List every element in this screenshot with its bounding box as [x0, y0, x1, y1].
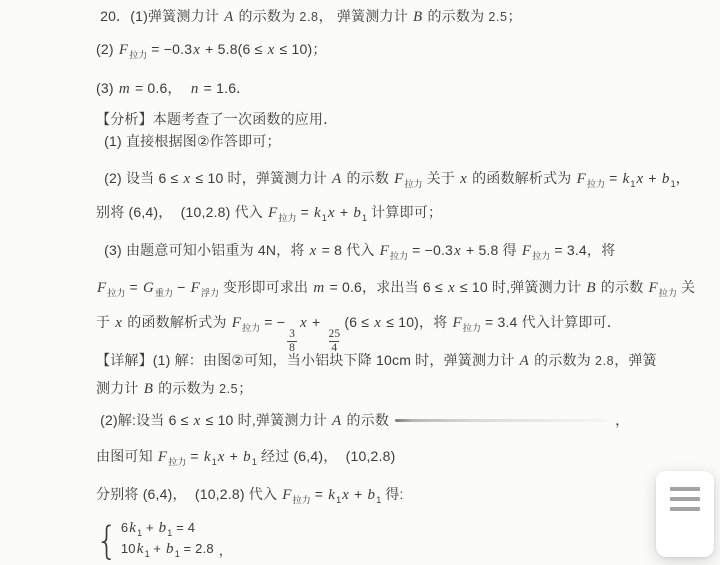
text-segment: −: [173, 279, 190, 295]
math-variable: b: [661, 171, 671, 187]
text-segment: = −: [260, 314, 285, 330]
text-segment: 关于: [423, 170, 460, 186]
math-variable: x: [193, 413, 202, 429]
analysis-step1: (1) 直接根据图②作答即可；: [96, 133, 710, 149]
analysis-step3-line3: 于 x 的函数解析式为 F拉力 = −38x + 254(6 ≤ x ≤ 10)…: [96, 305, 710, 339]
math-subscript: 拉力: [168, 457, 186, 467]
answer-part2: (2) F拉力 = −0.3x + 5.8(6 ≤ x ≤ 10)；: [96, 41, 710, 57]
text-segment: = 0.6，: [131, 80, 190, 96]
document-page: 20．(1)弹簧测力计 A 的示数为 2.8， 弹簧测力计 B 的示数为 2.5…: [96, 8, 710, 560]
detail-step1-line1: 【详解】(1) 解：由图②可知，当小铝块下降 10cm 时，弹簧测力计 A 的示…: [96, 352, 710, 368]
text-segment: 经过 (6,4)， (10,2.8): [257, 448, 396, 464]
text-segment: + 5.8(6 ≤: [201, 41, 267, 57]
text-segment: = 2.8: [180, 541, 214, 556]
text-segment: (3): [96, 80, 118, 96]
math-subscript: 拉力: [107, 288, 125, 298]
math-variable: x: [447, 280, 456, 296]
text-segment: 的示数为: [154, 380, 219, 396]
text-segment: 的函数解析式为: [468, 170, 576, 186]
text-segment: 的示数: [597, 279, 648, 295]
math-variable: x: [114, 315, 123, 331]
math-number: 2.5: [488, 10, 507, 24]
text-segment: =: [296, 204, 313, 220]
text-segment: 变形即可求出: [219, 279, 312, 295]
equation-rows: 6k1 + b1 = 410k1 + b1 = 2.8: [121, 520, 214, 562]
text-segment: = 3.4，将: [550, 242, 615, 258]
redacted-smudge: [395, 419, 607, 422]
analysis-step3-line1: (3) 由题意可知小铝重为 4N，将 x = 8 代入 F拉力 = −0.3x …: [96, 242, 710, 258]
text-segment: +: [226, 448, 243, 464]
math-variable: B: [412, 9, 423, 25]
text-segment: = 0.6，求出当 6 ≤: [325, 279, 447, 295]
text-segment: = −0.3: [147, 41, 192, 57]
math-subscript: 拉力: [405, 179, 423, 189]
analysis-header: 【分析】本题考查了一次函数的应用．: [96, 111, 710, 127]
math-variable: A: [223, 9, 234, 25]
math-variable: A: [331, 171, 342, 187]
text-segment: = 4: [172, 520, 195, 535]
text-segment: 分别将 (6,4)， (10,2.8) 代入: [96, 486, 281, 502]
text-segment: +: [644, 170, 661, 186]
text-segment: 计算即可；: [367, 204, 442, 220]
math-variable: k: [203, 449, 212, 465]
text-segment: 的示数: [342, 412, 389, 428]
math-variable: A: [519, 353, 530, 369]
text-segment: (2): [96, 41, 118, 57]
text-segment: + 5.8 得: [462, 242, 521, 258]
equation-row: 6k1 + b1 = 4: [121, 520, 214, 541]
text-segment: 10: [121, 541, 136, 556]
answer-part3: (3) m = 0.6， n = 1.6．: [96, 80, 710, 96]
text-segment: = 3.4 代入计算即可．: [481, 314, 621, 330]
analysis-step2-line1: (2) 设当 6 ≤ x ≤ 10 时，弹簧测力计 A 的示数 F拉力 关于 x…: [96, 170, 710, 186]
math-subscript: 拉力: [242, 323, 260, 333]
math-variable: b: [242, 449, 252, 465]
detail-step2-line1: (2)解:设当 6 ≤ x ≤ 10 时,弹簧测力计 A 的示数 ，: [96, 412, 710, 428]
math-variable: m: [118, 81, 131, 97]
quick-menu-button[interactable]: [656, 471, 714, 557]
detail-step1-line2: 测力计 B 的示数为 2.5；: [96, 380, 710, 396]
math-variable: x: [309, 243, 318, 259]
math-variable: x: [327, 205, 336, 221]
equation-system: {6k1 + b1 = 410k1 + b1 = 2.8，: [96, 522, 710, 560]
math-variable: x: [635, 171, 644, 187]
math-variable: x: [299, 315, 308, 331]
text-segment: (3) 由题意可知小铝重为 4N，将: [96, 242, 309, 258]
fraction: 254: [326, 328, 342, 354]
math-variable: n: [190, 81, 200, 97]
text-segment: ≤ 10)；: [275, 41, 326, 57]
math-variable: m: [312, 280, 325, 296]
math-variable: F: [231, 315, 242, 331]
math-subscript: 拉力: [587, 179, 605, 189]
text-segment: +: [336, 204, 353, 220]
text-segment: 的示数为: [234, 8, 299, 24]
math-variable: A: [331, 413, 342, 429]
math-subscript: 重力: [155, 288, 173, 298]
math-variable: B: [143, 381, 154, 397]
text-segment: ≤ 10 时,弹簧测力计: [456, 279, 586, 295]
text-segment: = 1.6．: [200, 80, 251, 96]
detail-step2-line2: 由图可知 F拉力 = k1x + b1 经过 (6,4)， (10,2.8): [96, 448, 710, 464]
analysis-step3-line2: F拉力 = G重力 − F浮力 变形即可求出 m = 0.6，求出当 6 ≤ x…: [96, 279, 710, 295]
math-variable: F: [393, 171, 404, 187]
text-segment: ， 弹簧测力计: [319, 8, 412, 24]
text-segment: 关: [677, 279, 695, 295]
math-variable: F: [281, 487, 292, 503]
math-variable: b: [165, 541, 175, 557]
text-segment: (1) 直接根据图②作答即可；: [96, 133, 281, 149]
math-variable: F: [648, 280, 659, 296]
math-variable: k: [128, 520, 137, 536]
math-variable: F: [118, 42, 129, 58]
text-segment: 于: [96, 314, 114, 330]
text-segment: =: [311, 486, 328, 502]
math-variable: x: [453, 243, 462, 259]
fraction: 38: [287, 328, 297, 354]
math-subscript: 拉力: [390, 251, 408, 261]
text-segment: = −0.3: [408, 242, 453, 258]
text-segment: 别将 (6,4)， (10,2.8) 代入: [96, 204, 267, 220]
text-segment: 的示数为: [423, 8, 488, 24]
math-variable: k: [327, 487, 336, 503]
text-segment: = 8 代入: [318, 242, 379, 258]
answer-part1: 20．(1)弹簧测力计 A 的示数为 2.8， 弹簧测力计 B 的示数为 2.5…: [96, 8, 710, 24]
text-segment: ，弹簧: [614, 352, 657, 368]
text-segment: =: [186, 448, 203, 464]
math-subscript: 拉力: [278, 213, 296, 223]
math-variable: b: [158, 520, 168, 536]
text-segment: 测力计: [96, 380, 143, 396]
text-segment: +: [150, 541, 165, 556]
text-segment: 【分析】本题考查了一次函数的应用．: [96, 111, 337, 127]
math-variable: F: [452, 315, 463, 331]
detail-step2-line3: 分别将 (6,4)， (10,2.8) 代入 F拉力 = k1x + b1 得:: [96, 486, 710, 502]
math-variable: b: [367, 487, 377, 503]
text-segment: 得:: [381, 486, 403, 502]
math-subscript: 1: [212, 457, 217, 467]
math-variable: k: [313, 205, 322, 221]
text-segment: 的示数: [342, 170, 393, 186]
text-segment: 由图可知: [96, 448, 157, 464]
text-segment: ，: [611, 412, 629, 428]
system-brace: {: [96, 532, 118, 550]
math-subscript: 拉力: [463, 323, 481, 333]
math-variable: x: [192, 42, 201, 58]
math-variable: B: [585, 280, 596, 296]
text-segment: 20．(1)弹簧测力计: [96, 8, 223, 24]
math-variable: x: [217, 449, 226, 465]
math-number: 2.8: [595, 354, 614, 368]
text-segment: ；: [238, 380, 252, 396]
text-segment: (6 ≤: [344, 314, 373, 330]
text-segment: +: [350, 486, 367, 502]
math-variable: F: [379, 243, 390, 259]
hamburger-menu-icon: [670, 487, 700, 557]
text-segment: ；: [508, 8, 522, 24]
math-subscript: 浮力: [201, 288, 219, 298]
text-segment: +: [308, 314, 325, 330]
math-number: 2.8: [299, 10, 318, 24]
math-variable: x: [373, 315, 382, 331]
math-variable: F: [96, 280, 107, 296]
math-variable: F: [576, 171, 587, 187]
text-segment: (2) 设当 6 ≤: [96, 170, 183, 186]
math-variable: F: [190, 280, 201, 296]
math-variable: x: [341, 487, 350, 503]
text-segment: 的函数解析式为: [123, 314, 231, 330]
math-number: 2.5: [219, 382, 238, 396]
text-segment: +: [142, 520, 157, 535]
math-subscript: 拉力: [129, 50, 147, 60]
math-variable: F: [157, 449, 168, 465]
text-segment: 的示数为: [530, 352, 595, 368]
math-variable: F: [267, 205, 278, 221]
text-segment: ≤ 10)，将: [382, 314, 451, 330]
math-variable: F: [521, 243, 532, 259]
math-subscript: 拉力: [659, 288, 677, 298]
analysis-step2-line2: 别将 (6,4)， (10,2.8) 代入 F拉力 = k1x + b1 计算即…: [96, 204, 710, 220]
text-segment: ≤ 10 时，弹簧测力计: [191, 170, 331, 186]
text-segment: (2)解:设当 6 ≤: [96, 412, 193, 428]
text-segment: 【详解】(1) 解：由图②可知，当小铝块下降 10cm 时，弹簧测力计: [96, 352, 519, 368]
math-subscript: 拉力: [532, 251, 550, 261]
text-segment: =: [125, 279, 142, 295]
math-variable: b: [352, 205, 362, 221]
math-subscript: 拉力: [293, 495, 311, 505]
math-variable: x: [459, 171, 468, 187]
suffix-comma: ，: [219, 543, 232, 559]
math-variable: G: [142, 280, 155, 296]
text-segment: ，: [676, 170, 690, 186]
equation-row: 10k1 + b1 = 2.8: [121, 541, 214, 562]
text-segment: =: [605, 170, 622, 186]
math-variable: k: [136, 541, 145, 557]
text-segment: ≤ 10 时,弹簧测力计: [202, 412, 332, 428]
